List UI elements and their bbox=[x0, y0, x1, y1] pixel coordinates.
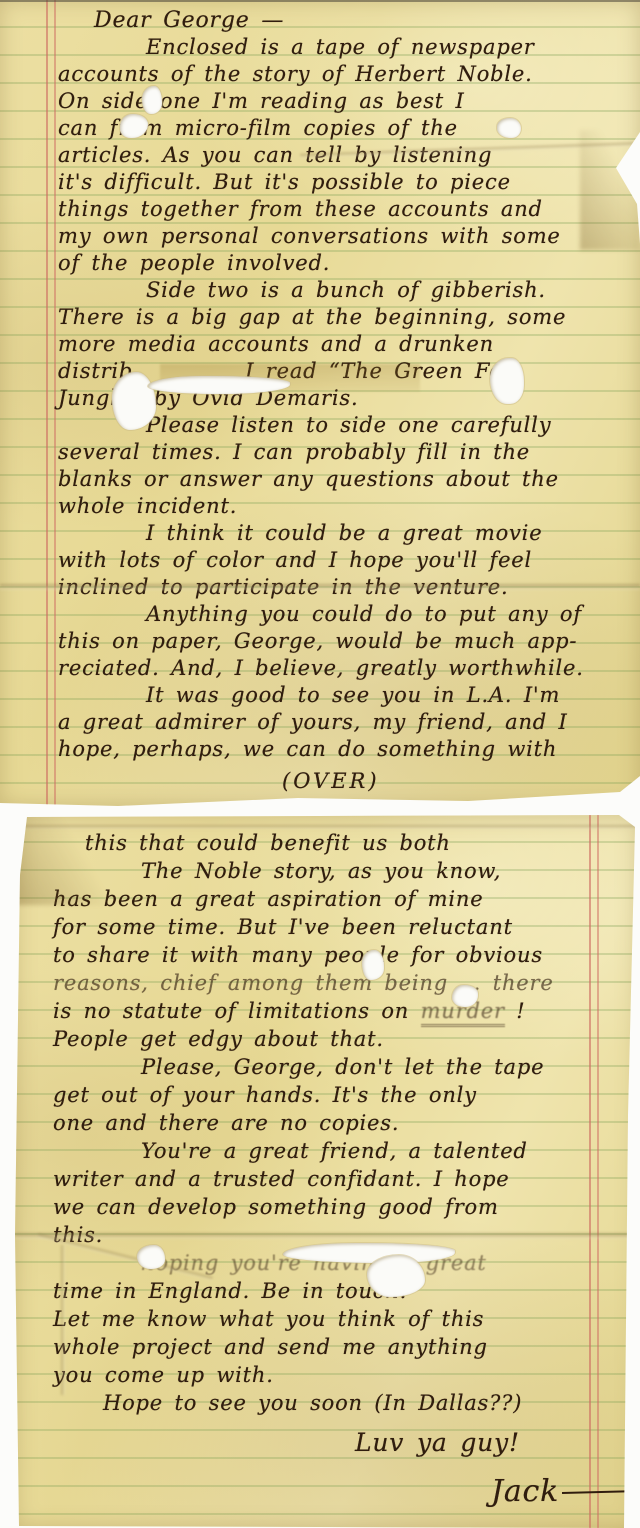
letter-line: hope, perhaps, we can do something with bbox=[58, 736, 640, 763]
letter-line: several times. I can probably fill in th… bbox=[58, 439, 640, 466]
scan-edge-artifact bbox=[0, 0, 640, 2]
paper-hole bbox=[497, 118, 521, 138]
letter-line: has been a great aspiration of mine bbox=[53, 885, 637, 913]
letter-line: for some time. But I've been reluctant bbox=[53, 913, 637, 941]
letter-line: It was good to see you in L.A. I'm bbox=[146, 682, 640, 709]
letter-line: blanks or answer any questions about the bbox=[58, 466, 640, 493]
letter-line: this on paper, George, would be much app… bbox=[58, 628, 640, 655]
letter-line: I think it could be a great movie bbox=[146, 520, 640, 547]
paper-hole bbox=[283, 1243, 455, 1263]
line-fragment: is no statute of limitations on bbox=[53, 999, 421, 1023]
letter-line: whole project and send me anything bbox=[53, 1333, 637, 1361]
letter-line: reasons, chief among them being … there bbox=[53, 969, 637, 997]
letter-line: Please, George, don't let the tape bbox=[141, 1053, 637, 1081]
letter-line: you come up with. bbox=[53, 1361, 637, 1389]
fold-shadow bbox=[15, 815, 105, 905]
letter-line: of the people involved. bbox=[58, 250, 640, 277]
letter-line: time in England. Be in touch. bbox=[53, 1277, 637, 1305]
paper-hole bbox=[362, 950, 384, 980]
line-fragment: ! bbox=[505, 999, 526, 1023]
letter-line: Side two is a bunch of gibberish. bbox=[146, 277, 640, 304]
letter-line: People get edgy about that. bbox=[53, 1025, 637, 1053]
letter-line: Let me know what you think of this bbox=[53, 1305, 637, 1333]
letter-line: accounts of the story of Herbert Noble. bbox=[58, 61, 640, 88]
paper-hole bbox=[112, 372, 156, 430]
signature-row: Jack bbox=[491, 1471, 637, 1513]
letter-line: this that could benefit us both bbox=[85, 829, 637, 857]
letter-line: Hope to see you soon (In Dallas??) bbox=[103, 1389, 637, 1417]
paper-hole bbox=[142, 86, 162, 114]
letter-line: a great admirer of yours, my friend, and… bbox=[58, 709, 640, 736]
letter-line: reciated. And, I believe, greatly worthw… bbox=[58, 655, 640, 682]
crease-mark bbox=[0, 584, 640, 590]
page-1-text: Dear George — Enclosed is a tape of news… bbox=[0, 0, 640, 795]
letter-line: There is a big gap at the beginning, som… bbox=[58, 304, 640, 331]
letter-line: it's difficult. But it's possible to pie… bbox=[58, 169, 640, 196]
letter-line: Enclosed is a tape of newspaper bbox=[146, 34, 640, 61]
paper-hole bbox=[148, 376, 290, 394]
letter-line: things together from these accounts and bbox=[58, 196, 640, 223]
crease-mark bbox=[61, 1245, 65, 1395]
paper-hole bbox=[452, 985, 478, 1007]
letter-line: You're a great friend, a talented bbox=[141, 1137, 637, 1165]
signature-flourish bbox=[562, 1490, 637, 1494]
letter-salutation: Dear George — bbox=[94, 7, 640, 34]
letter-line: get out of your hands. It's the only bbox=[53, 1081, 637, 1109]
letter-line: with lots of color and I hope you'll fee… bbox=[58, 547, 640, 574]
page-2-text: this that could benefit us both The Nobl… bbox=[15, 815, 637, 1513]
letter-line: Please listen to side one carefully bbox=[146, 412, 640, 439]
letter-signoff: Luv ya guy! bbox=[355, 1425, 637, 1461]
letter-line: whole incident. bbox=[58, 493, 640, 520]
letter-line: we can develop something good from bbox=[53, 1193, 637, 1221]
crease-mark bbox=[15, 825, 637, 829]
paper-hole bbox=[137, 1245, 165, 1269]
letter-line: more media accounts and a drunken bbox=[58, 331, 640, 358]
over-note: (OVER) bbox=[282, 768, 640, 795]
letter-line: one and there are no copies. bbox=[53, 1109, 637, 1137]
letter-line: writer and a trusted confidant. I hope bbox=[53, 1165, 637, 1193]
fold-shadow bbox=[580, 130, 640, 250]
letter-line: The Noble story, as you know, bbox=[141, 857, 637, 885]
letter-page-1: Dear George — Enclosed is a tape of news… bbox=[0, 0, 640, 806]
letter-line: to share it with many people for obvious bbox=[53, 941, 637, 969]
paper-hole bbox=[490, 358, 524, 404]
signature: Jack bbox=[491, 1471, 559, 1513]
letter-line-murder: is no statute of limitations on murder ! bbox=[53, 997, 637, 1025]
crease-mark bbox=[15, 1233, 637, 1239]
letter-line: Anything you could do to put any of bbox=[146, 601, 640, 628]
paper-hole bbox=[367, 1255, 425, 1297]
letter-line: my own personal conversations with some bbox=[58, 223, 640, 250]
letter-page-2: this that could benefit us both The Nobl… bbox=[15, 815, 637, 1528]
